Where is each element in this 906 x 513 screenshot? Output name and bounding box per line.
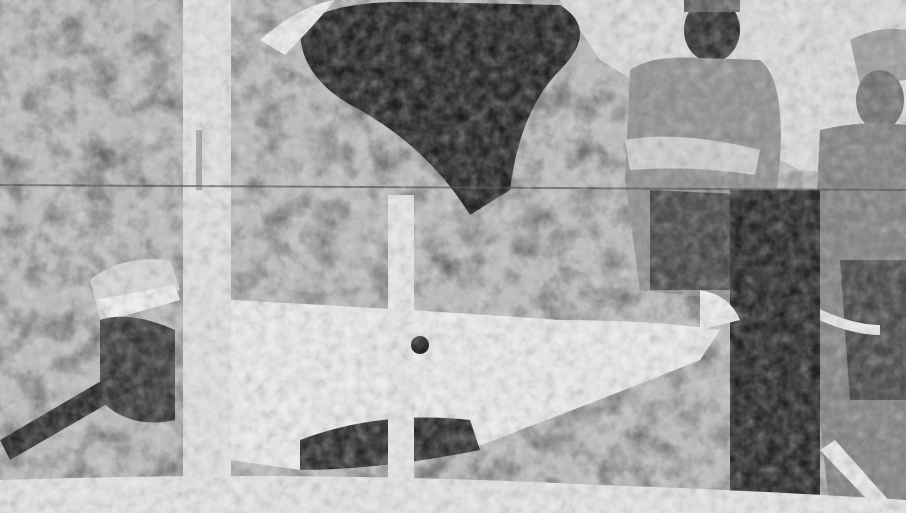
photo-illustration	[0, 0, 906, 513]
historical-photograph	[0, 0, 906, 513]
